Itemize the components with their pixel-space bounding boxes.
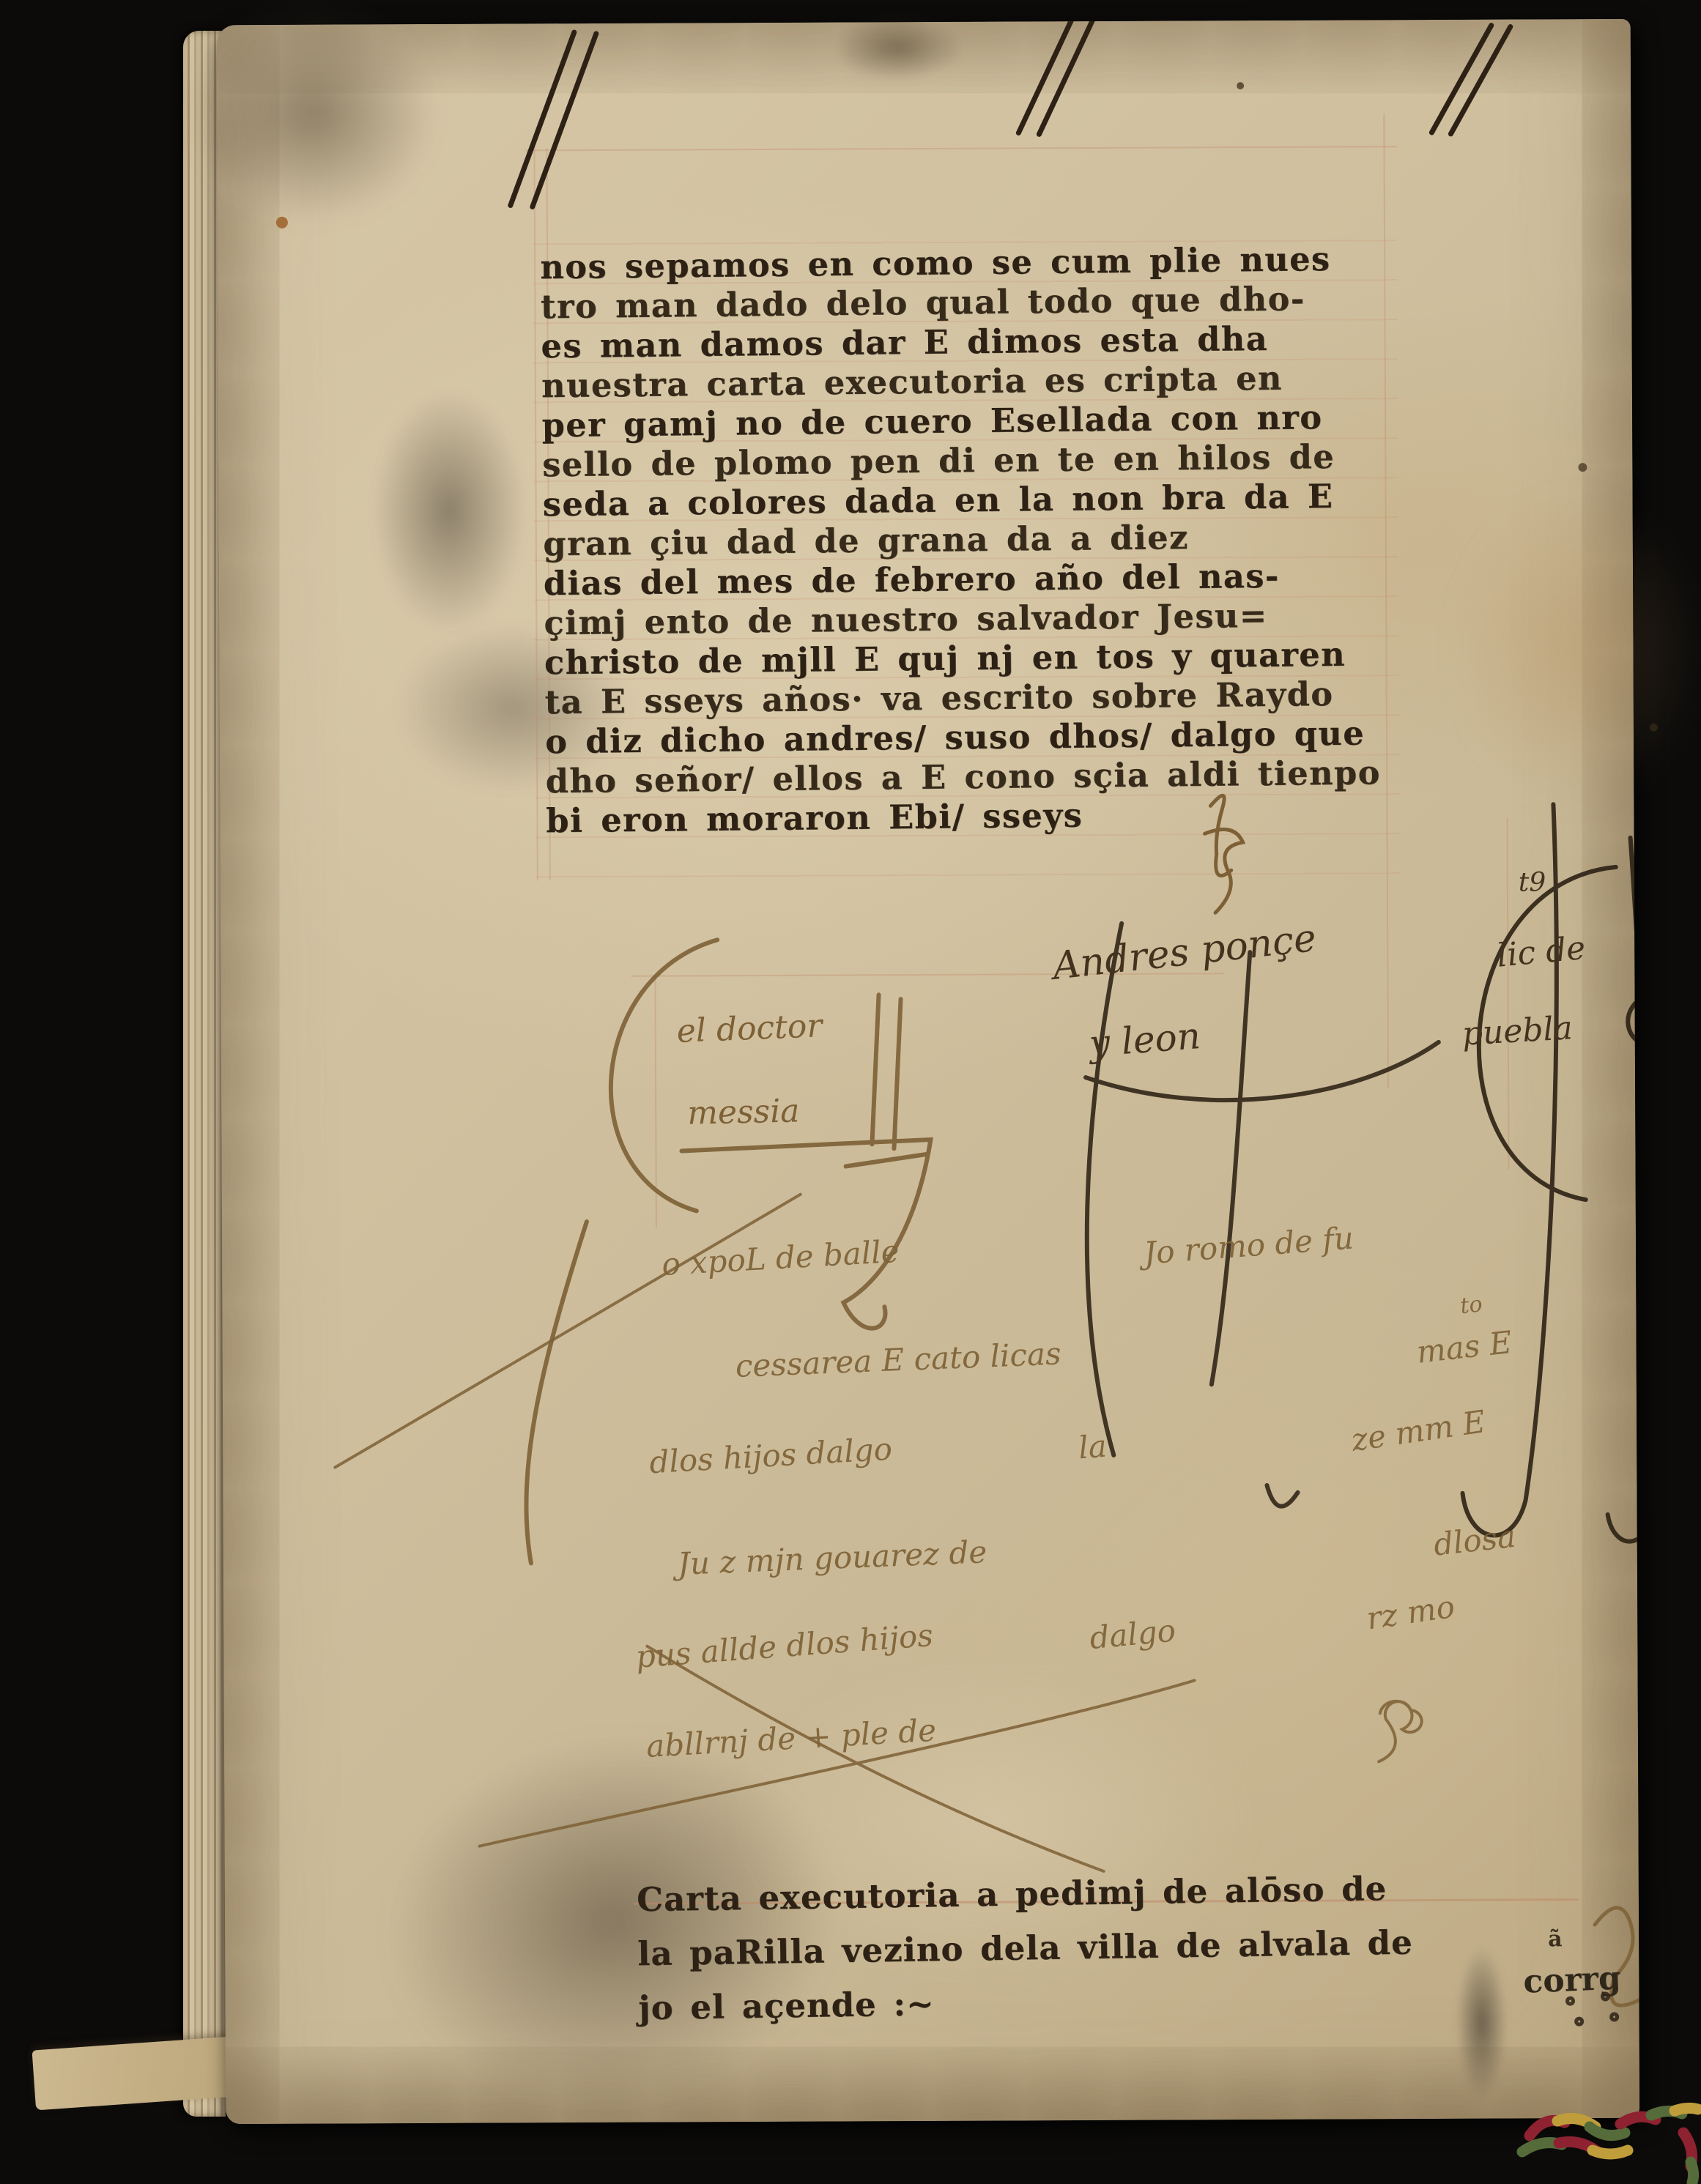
cursive-note: dlos hijos dalgo: [648, 1431, 893, 1481]
stain: [1578, 463, 1587, 472]
cursive-note: abllrnj de + ple de: [645, 1712, 937, 1764]
cursive-note: rz mo: [1364, 1589, 1456, 1637]
stain: [1456, 1946, 1508, 2100]
cursive-note: cessarea E cato licas: [735, 1335, 1062, 1383]
correction-mark: corrg: [1522, 1960, 1621, 2001]
cursive-strokes: [334, 1192, 1423, 1874]
cursive-note: pus allde dlos hijos: [634, 1617, 934, 1675]
manuscript-line: jo el açende :~: [638, 1970, 1414, 2036]
stain: [1650, 724, 1658, 732]
signature-licenciado-line2: puebla: [1461, 1009, 1574, 1052]
cursive-note: o xpoL de balle: [661, 1233, 900, 1282]
ruling-line: [654, 976, 657, 1228]
cursive-note: Jo romo de fu: [1143, 1220, 1355, 1271]
signature-andres-ponce-line2: y leon: [1088, 1014, 1202, 1065]
ruling-line: [525, 146, 1397, 151]
cursive-note: dalgo: [1088, 1613, 1177, 1657]
signature-andres-ponce-line1: Andres ponçe: [1050, 916, 1319, 989]
virgule-marks: [510, 19, 1511, 207]
signature-doctor-messia-line2: messia: [687, 1092, 800, 1132]
correction-superscript: ã: [1548, 1926, 1563, 1952]
photo-backdrop: nos sepamos en como se cum plie nues tro…: [0, 0, 1701, 2184]
stain: [1237, 82, 1244, 89]
stain: [188, 2, 437, 223]
cursive-note: Ju z mjn gouarez de: [677, 1534, 987, 1582]
cursive-note: mas E: [1415, 1324, 1513, 1370]
stain: [276, 217, 288, 229]
manuscript-line: la paRilla vezino dela villa de alvala d…: [637, 1916, 1413, 1982]
stain: [1450, 487, 1700, 810]
cursive-note: la: [1077, 1428, 1108, 1466]
bottom-note-block: Carta executoria a pedimj de alōso de la…: [637, 1862, 1415, 2036]
ruling-line: [1506, 818, 1509, 1170]
stain: [832, 15, 964, 81]
signature-licenciado-mark: t9: [1519, 867, 1546, 897]
cursive-note: to: [1459, 1291, 1484, 1319]
cursive-note: dlosa: [1431, 1518, 1517, 1563]
stain: [372, 390, 527, 632]
signature-doctor-messia-line1: el doctor: [676, 1007, 823, 1050]
main-text-block: nos sepamos en como se cum plie nues tro…: [540, 239, 1416, 841]
signature-licenciado-line1: lic de: [1495, 929, 1587, 975]
cursive-note: ze mm E: [1349, 1403, 1488, 1458]
manuscript-page: nos sepamos en como se cum plie nues tro…: [217, 19, 1639, 2124]
